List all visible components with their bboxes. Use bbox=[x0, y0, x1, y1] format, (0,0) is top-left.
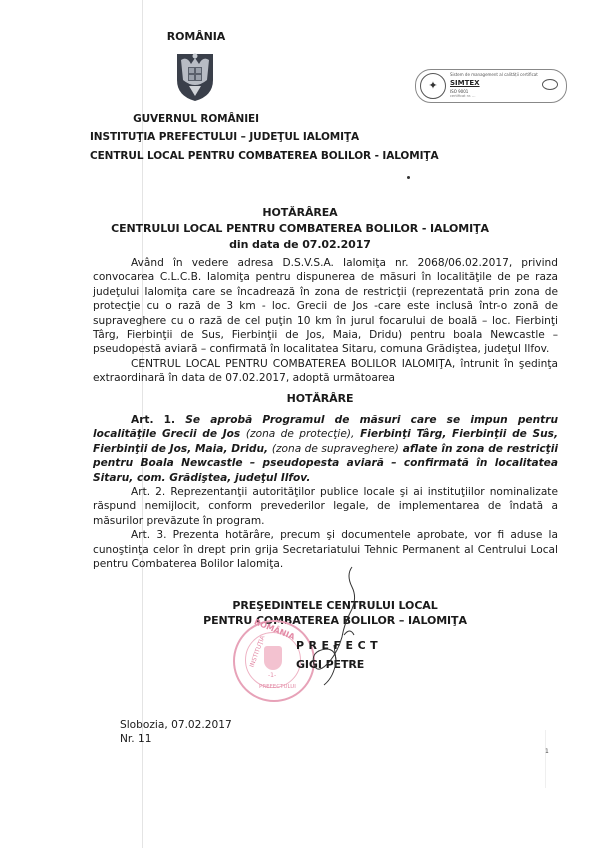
country-name: ROMÂNIA bbox=[0, 30, 392, 43]
decision-number: Nr. 11 bbox=[120, 732, 152, 746]
article-2: Art. 2. Reprezentanţii autorităţilor pub… bbox=[93, 485, 558, 528]
stamp-number: -1- bbox=[268, 672, 276, 679]
iso-badge-cert-number: certificat nr. ... bbox=[450, 94, 476, 98]
article-1-note-surveillance: (zona de supraveghere) bbox=[272, 443, 399, 455]
article-2-label: Art. 2. bbox=[131, 486, 165, 498]
document-subtitle: CENTRULUI LOCAL PENTRU COMBATEREA BOLILO… bbox=[0, 222, 600, 235]
article-1: Art. 1. Se aprobă Programul de măsuri ca… bbox=[93, 413, 558, 485]
scan-fold-line bbox=[545, 730, 546, 788]
certifier-logo-icon bbox=[542, 79, 558, 90]
article-1-label: Art. 1. bbox=[131, 414, 175, 426]
document-title: HOTĂRÂREA bbox=[0, 206, 600, 219]
certification-seal-icon: ✦ bbox=[420, 73, 446, 99]
scan-speck bbox=[407, 176, 410, 179]
place-and-date: Slobozia, 07.02.2017 bbox=[120, 718, 232, 732]
romania-coat-of-arms-icon bbox=[175, 50, 215, 102]
institution-name: INSTITUŢIA PREFECTULUI – JUDEŢUL IALOMIŢ… bbox=[90, 131, 359, 143]
preamble-paragraph-2: CENTRUL LOCAL PENTRU COMBATEREA BOLILOR … bbox=[93, 357, 558, 386]
page-number: 1 bbox=[545, 748, 549, 755]
handwritten-signature-icon bbox=[300, 565, 360, 695]
articles: Art. 1. Se aprobă Programul de măsuri ca… bbox=[93, 413, 558, 571]
iso-certification-badge: ✦ Sistem de management al calității cert… bbox=[415, 69, 567, 103]
preamble-paragraph-1: Având în vedere adresa D.S.V.S.A. Ialomi… bbox=[93, 256, 558, 357]
article-3-label: Art. 3. bbox=[131, 529, 166, 541]
iso-badge-caption: Sistem de management al calității certif… bbox=[450, 72, 538, 77]
preamble: Având în vedere adresa D.S.V.S.A. Ialomi… bbox=[93, 256, 558, 386]
document-date: din data de 07.02.2017 bbox=[0, 238, 600, 251]
government-name: GUVERNUL ROMÂNIEI bbox=[0, 113, 392, 125]
decision-heading: HOTĂRÂRE bbox=[0, 392, 600, 405]
center-name: CENTRUL LOCAL PENTRU COMBATEREA BOLILOR … bbox=[90, 150, 439, 162]
article-1-note-protection: (zona de protecţie), bbox=[246, 428, 354, 440]
stamp-crest-icon bbox=[264, 646, 282, 670]
iso-badge-brand: SIMTEX bbox=[450, 79, 480, 87]
stamp-bottom-text: PREFECTULUI bbox=[259, 684, 296, 690]
